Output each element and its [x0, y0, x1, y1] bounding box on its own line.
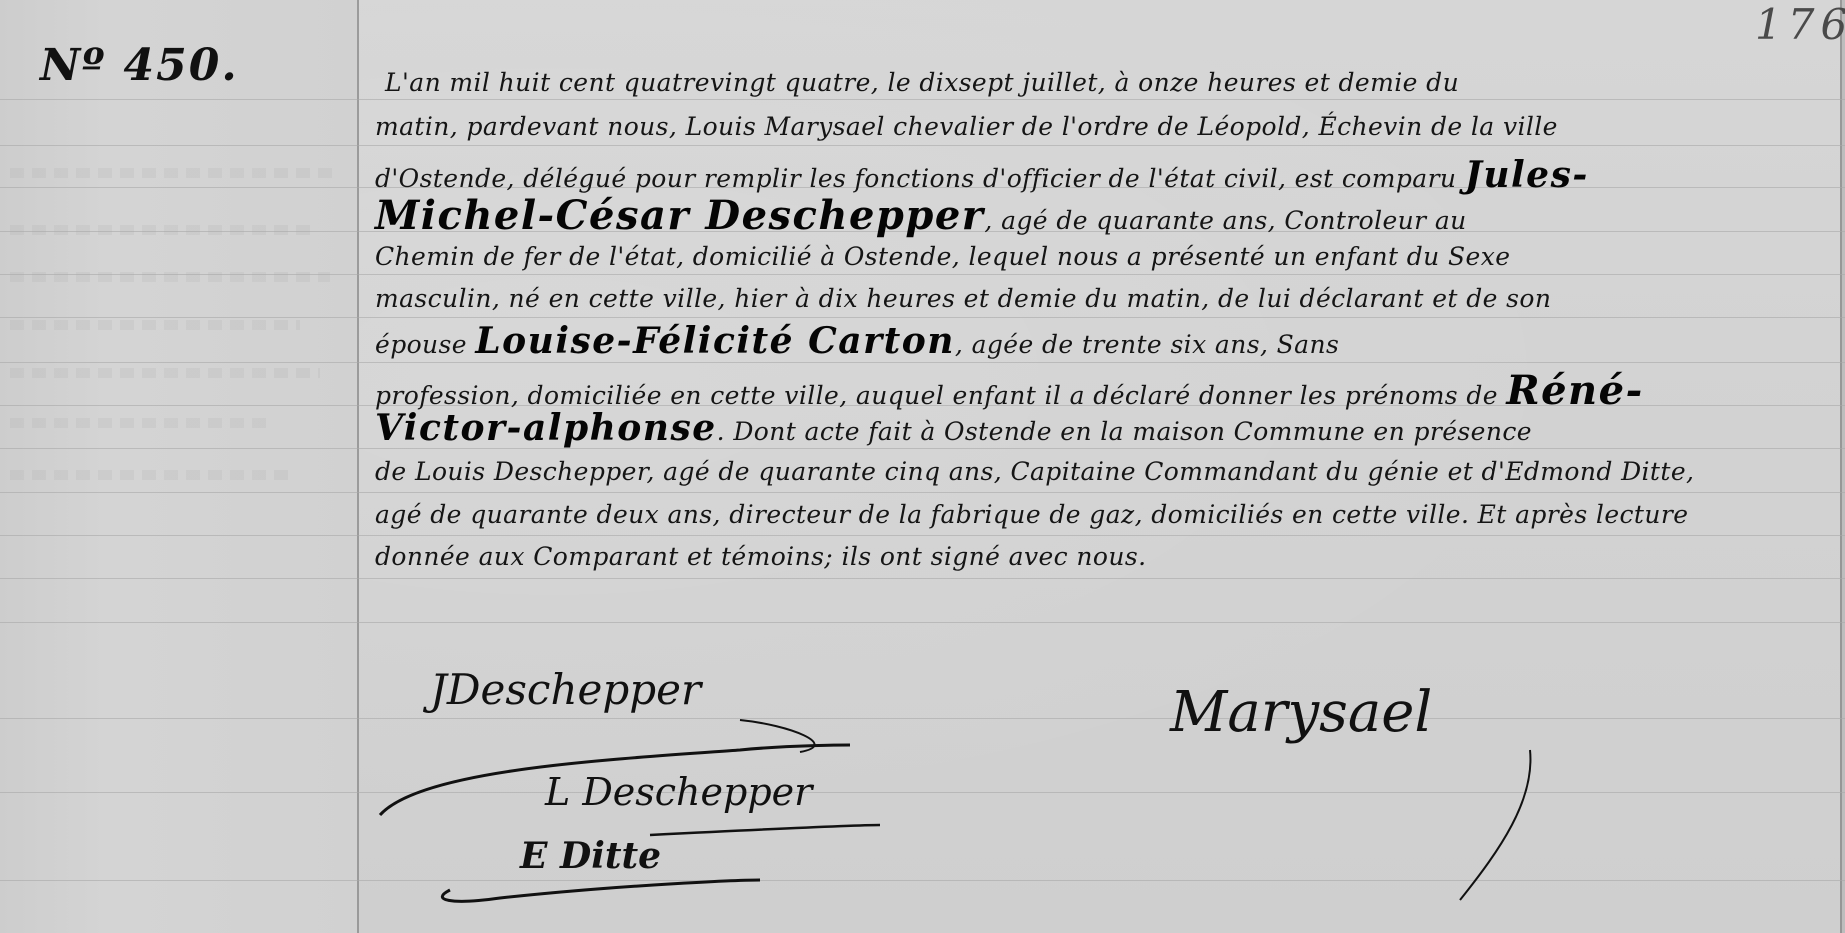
register-page: Nº 450. 176 L'an mil huit cent quatrevin… [0, 0, 1845, 933]
signature-flourishes [0, 0, 1845, 933]
